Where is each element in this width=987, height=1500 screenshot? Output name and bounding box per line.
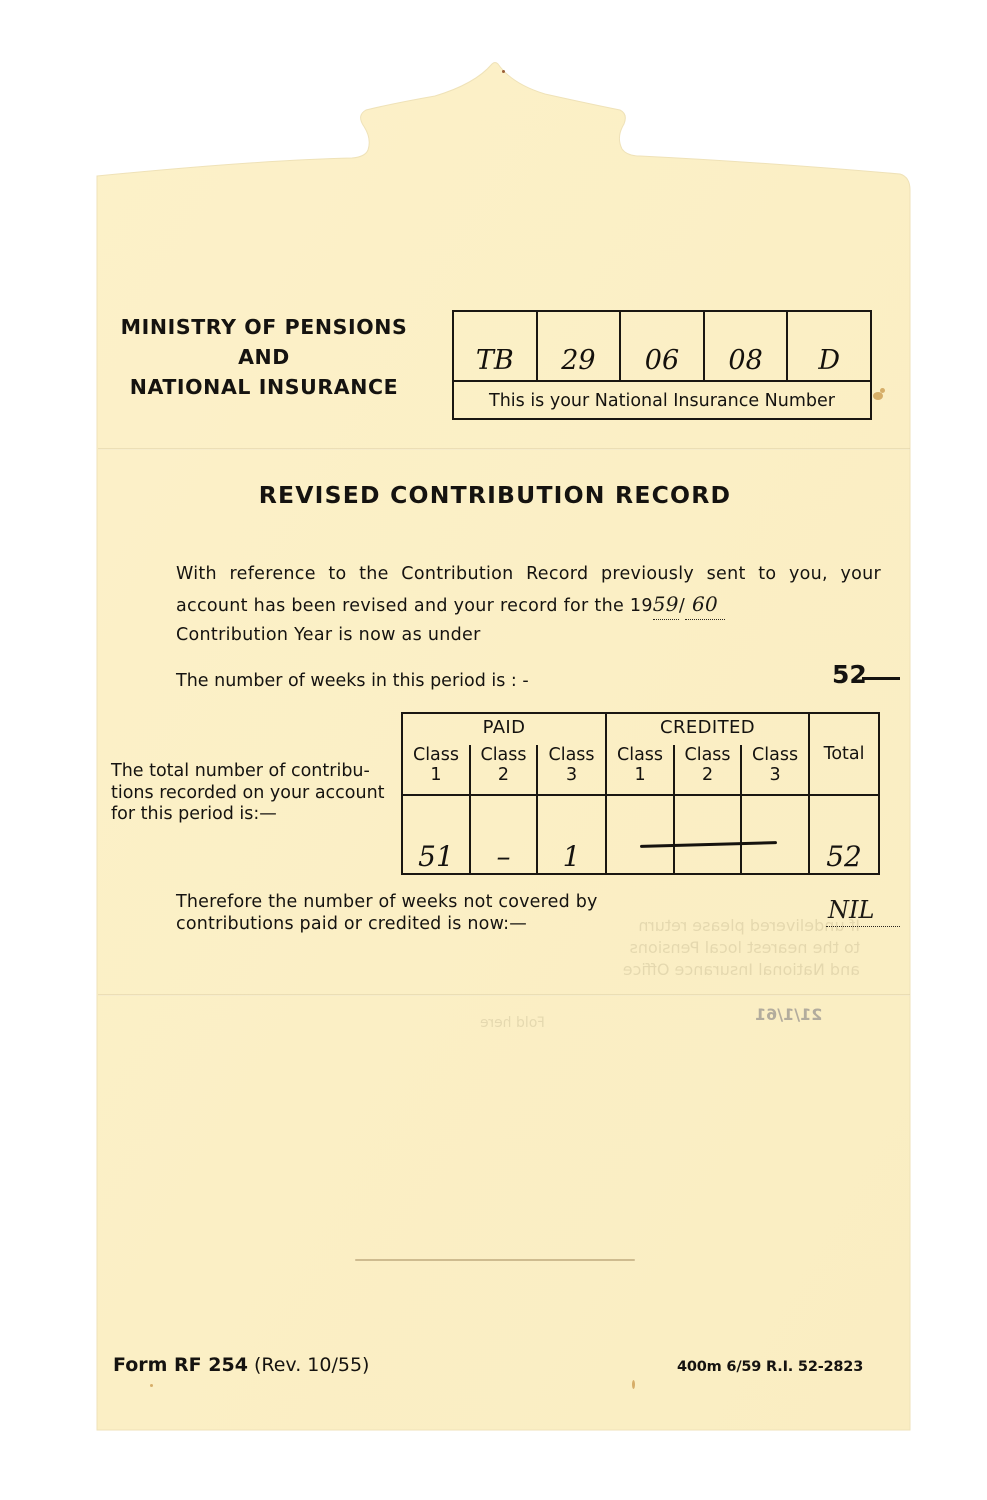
- weeks-value-rule: [862, 677, 900, 680]
- stain-mark: [150, 1384, 153, 1387]
- column-header-credited-class-3: Class3: [741, 745, 809, 795]
- value-paid-class-1: 51: [402, 795, 470, 875]
- print-code: 400m 6/59 R.I. 52-2823: [677, 1359, 863, 1375]
- ni-cell-pair-2: 06: [621, 312, 705, 380]
- tab-slot-cut: [355, 1259, 635, 1261]
- table-row: 51 – 1 52: [402, 795, 879, 875]
- year-from-field: 59: [653, 590, 679, 621]
- intro-text-end: Contribution Year is now as under: [176, 625, 481, 645]
- weeks-in-period-label: The number of weeks in this period is : …: [176, 671, 529, 691]
- ni-cell-suffix: D: [788, 312, 870, 380]
- ministry-line-1: MINISTRY OF PENSIONS: [108, 312, 420, 342]
- group-header-paid: PAID: [402, 713, 606, 745]
- ni-cell-prefix: TB: [454, 312, 538, 380]
- bleed-line-3: and National Insurance Office: [540, 959, 860, 981]
- group-header-credited: CREDITED: [606, 713, 809, 745]
- table-class-header-row: Class1 Class2 Class3 Class1 Class2 Class…: [402, 745, 879, 795]
- value-paid-class-3: 1: [537, 795, 606, 875]
- intro-paragraph: With reference to the Contribution Recor…: [176, 560, 881, 651]
- column-header-paid-class-2: Class2: [470, 745, 537, 795]
- value-paid-class-2: –: [470, 795, 537, 875]
- contributions-label: The total number of contribu-tions recor…: [111, 761, 403, 826]
- column-header-credited-class-2: Class2: [674, 745, 741, 795]
- form-identifier: Form RF 254 (Rev. 10/55): [113, 1354, 369, 1376]
- fold-line: [98, 448, 910, 450]
- stain-mark: [632, 1380, 635, 1389]
- column-header-paid-class-1: Class1: [402, 745, 470, 795]
- document-content: MINISTRY OF PENSIONS AND NATIONAL INSURA…: [0, 0, 987, 1500]
- year-to-field: 60: [685, 590, 725, 621]
- document-title: REVISED CONTRIBUTION RECORD: [150, 481, 840, 509]
- stain-mark: [502, 70, 505, 73]
- ministry-line-3: NATIONAL INSURANCE: [108, 372, 420, 402]
- column-header-paid-class-3: Class3: [537, 745, 606, 795]
- bleed-line-2: to the nearest local Pensions: [540, 937, 860, 959]
- stain-mark: [873, 392, 883, 400]
- stain-mark: [880, 388, 885, 393]
- not-covered-line-1: Therefore the number of weeks not covere…: [176, 891, 656, 913]
- column-header-total: Total: [809, 713, 879, 795]
- table-group-header-row: PAID CREDITED Total: [402, 713, 879, 745]
- bleed-through-address-note: If undelivered please return to the near…: [540, 915, 860, 981]
- ni-number-box: TB 29 06 08 D This is your National Insu…: [452, 310, 872, 420]
- weeks-in-period-value: 52: [832, 660, 867, 689]
- ni-cell-pair-1: 29: [538, 312, 622, 380]
- form-number: Form RF 254: [113, 1354, 248, 1376]
- bleed-through-date-stamp: 21/1/61: [755, 1004, 822, 1026]
- ni-number-cells: TB 29 06 08 D: [454, 312, 870, 382]
- fold-line: [98, 994, 910, 996]
- intro-text: With reference to the Contribution Recor…: [176, 564, 881, 616]
- ministry-line-2: AND: [108, 342, 420, 372]
- value-credited-class-3: [741, 795, 809, 875]
- ministry-heading: MINISTRY OF PENSIONS AND NATIONAL INSURA…: [108, 312, 420, 402]
- ni-cell-pair-3: 08: [705, 312, 789, 380]
- ni-number-caption: This is your National Insurance Number: [454, 382, 870, 420]
- bleed-through-fold-note: Fold here: [480, 1012, 545, 1034]
- value-credited-class-1: [606, 795, 674, 875]
- value-credited-class-2: [674, 795, 741, 875]
- form-revision: (Rev. 10/55): [254, 1354, 369, 1376]
- value-total: 52: [809, 795, 879, 875]
- contributions-table: PAID CREDITED Total Class1 Class2 Class3…: [401, 712, 880, 875]
- column-header-credited-class-1: Class1: [606, 745, 674, 795]
- bleed-line-1: If undelivered please return: [540, 915, 860, 937]
